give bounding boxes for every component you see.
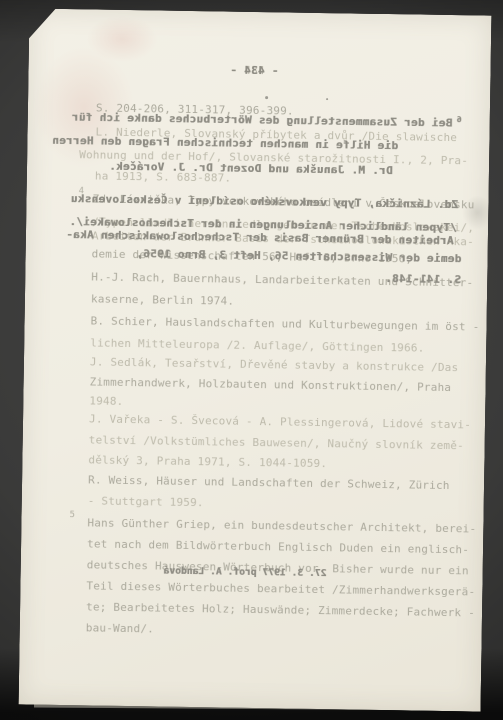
typewritten-line: - Stuttgart 1959. — [88, 494, 204, 509]
footnote-marker: 5 — [69, 510, 75, 520]
scanned-page: - 434 - - 434 - S. 204-206, 311-317, 396… — [19, 8, 492, 711]
footnote-marker: 4 — [79, 186, 85, 196]
typewritten-line: te; Bearbeitetes Holz; Hauswände; Zimmer… — [86, 600, 475, 619]
typewritten-line: Zimmerhandwerk, Holzbauten und Konstrukt… — [90, 375, 452, 394]
typewritten-line: kaserne, Berlin 1974. — [91, 292, 234, 307]
typewritten-line: Hans Günther Griep, ein bundesdeutscher … — [87, 516, 476, 535]
typewritten-line: Teil dieses Wörterbuches bearbeitet /Zim… — [86, 579, 475, 598]
bleedthrough-line: 27. 3. 1977 prof. A. Landová — [107, 565, 327, 579]
typewritten-line: dělský 3, Praha 1971, S. 1044-1059. — [88, 453, 327, 470]
typewritten-line: bau-Wand/. — [86, 621, 154, 635]
typewritten-line: R. Weiss, Häuser und Landschaften der Sc… — [88, 473, 450, 492]
ink-speck — [326, 98, 328, 100]
bleedthrough-line: S. 141-148. — [301, 271, 461, 287]
typewritten-line: J. Vařeka - S. Švecová - A. Plessingerov… — [89, 412, 471, 431]
typewritten-line: 1948. — [89, 394, 123, 408]
ink-speck — [265, 96, 268, 99]
typewritten-line: J. Sedlák, Tesařství, Dřevěné stavby a k… — [90, 355, 459, 374]
typewritten-line: tet nach dem Bildwörterbuch Englisch Dud… — [87, 537, 469, 556]
typewritten-line: lichen Mitteleuropa /2. Auflage/, Göttin… — [90, 336, 424, 354]
typewritten-line: B. Schier, Hauslandschaften und Kulturbe… — [90, 314, 479, 333]
page-number-bleedthrough: - 434 - — [204, 63, 304, 78]
paper-stain — [87, 15, 158, 62]
footnote-superscript: 6 — [457, 115, 462, 124]
typewritten-line: telství /Volkstümliches Bauwesen/, Naučn… — [89, 433, 464, 452]
bleedthrough-line: Zd. Láznička, Typy venkovského osídlení … — [34, 192, 458, 212]
